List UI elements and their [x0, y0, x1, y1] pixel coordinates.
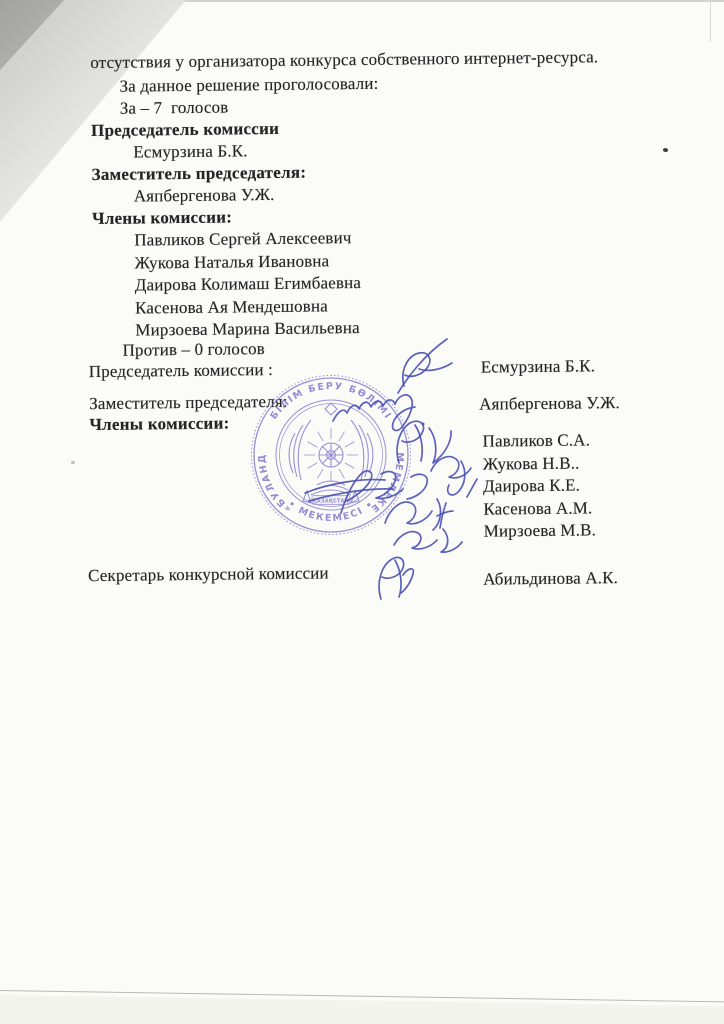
signature-secretary — [379, 557, 413, 599]
signature-member-pavlikov — [397, 421, 451, 463]
signature-member-mirzoeva — [394, 529, 462, 552]
signature-deputy — [333, 395, 425, 431]
signature-member-kasenova — [385, 499, 453, 530]
signature-member-zhukova — [431, 457, 471, 495]
signatures-layer — [0, 0, 724, 1024]
signature-chairman — [398, 339, 452, 393]
scanned-document-page: отсутствия у организатора конкурса собст… — [0, 0, 724, 1024]
